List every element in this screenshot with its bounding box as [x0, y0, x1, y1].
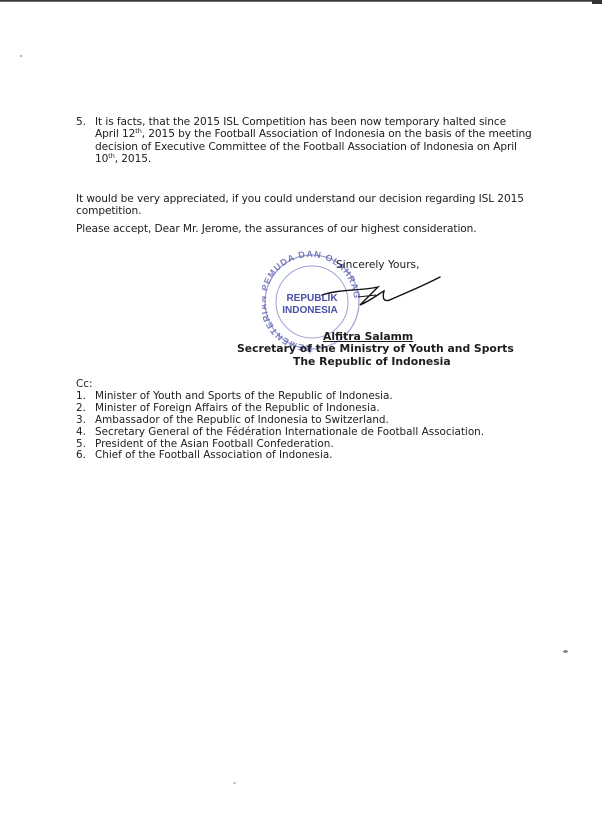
scan-speck — [20, 55, 22, 57]
scan-speck — [233, 782, 236, 784]
item-line: 10th, 2015. — [95, 153, 546, 165]
scan-speck — [563, 650, 568, 653]
item-number: 5. — [76, 116, 86, 128]
cc-item-number: 6. — [76, 450, 95, 462]
cc-item-number: 2. — [76, 403, 95, 415]
cc-item: 6.Chief of the Football Association of I… — [76, 450, 484, 462]
cc-list: Cc: 1.Minister of Youth and Sports of th… — [76, 379, 484, 462]
cc-item-text: Minister of Foreign Affairs of the Repub… — [95, 402, 380, 414]
scan-corner-mark — [592, 0, 602, 4]
text: April 12 — [95, 128, 135, 140]
complimentary-close: Sincerely Yours, — [336, 259, 419, 271]
scan-top-edge — [0, 0, 602, 2]
cc-item-text: Secretary General of the Fédération Inte… — [95, 426, 484, 438]
signer-organization: The Republic of Indonesia — [293, 355, 451, 368]
cc-item-text: Chief of the Football Association of Ind… — [95, 449, 333, 461]
item-text: It is facts, that the 2015 ISL Competiti… — [95, 116, 546, 166]
appreciation-paragraph: It would be very appreciated, if you cou… — [76, 193, 546, 218]
cc-items: 1.Minister of Youth and Sports of the Re… — [76, 391, 484, 462]
cc-item-text: Ambassador of the Republic of Indonesia … — [95, 414, 389, 426]
text: 10 — [95, 153, 108, 165]
text: , 2015. — [115, 153, 151, 165]
closing-paragraph: Please accept, Dear Mr. Jerome, the assu… — [76, 223, 546, 235]
handwritten-signature-icon — [320, 275, 445, 315]
item-line: April 12th, 2015 by the Football Associa… — [95, 128, 546, 140]
cc-item-number: 3. — [76, 415, 95, 427]
text: , 2015 by the Football Association of In… — [142, 128, 532, 140]
item-line: decision of Executive Committee of the F… — [95, 141, 546, 153]
cc-item-number: 4. — [76, 427, 95, 439]
cc-item-text: President of the Asian Football Confeder… — [95, 438, 334, 450]
signer-title: Secretary of the Ministry of Youth and S… — [237, 342, 514, 355]
cc-item-text: Minister of Youth and Sports of the Repu… — [95, 390, 393, 402]
item-line: It is facts, that the 2015 ISL Competiti… — [95, 116, 546, 128]
